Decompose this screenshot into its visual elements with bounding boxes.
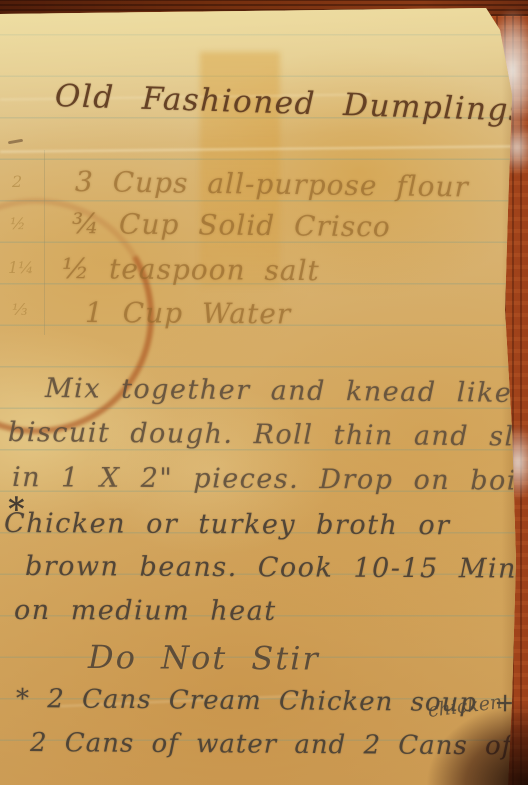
ingredient-line: 3 Cups all-purpose flour xyxy=(75,165,469,203)
margin-note: 2 xyxy=(12,172,22,191)
instruction-line: Mix together and knead like xyxy=(45,373,513,409)
instruction-line: in 1 X 2" pieces. Drop on boiling xyxy=(12,462,528,497)
instruction-line: biscuit dough. Roll thin and slice xyxy=(8,417,528,453)
instruction-line: on medium heat xyxy=(14,595,277,627)
photo-recipe-card: Old Fashioned Dumplings 2 ½ 1¼ ⅓ 3 Cups … xyxy=(0,0,528,785)
margin-note: ½ xyxy=(10,214,26,233)
do-not-stir-note: Do Not Stir xyxy=(88,638,320,678)
ingredient-line: ¾ Cup Solid Crisco xyxy=(72,207,391,243)
table-edge-shadow xyxy=(378,655,528,785)
ingredient-line: ½ teaspoon salt xyxy=(62,252,320,287)
instruction-line: Chicken or turkey broth or xyxy=(4,508,451,541)
ingredient-line: 1 Cup Water xyxy=(85,296,291,330)
margin-note: ⅓ xyxy=(12,300,28,319)
margin-note: 1¼ xyxy=(8,258,34,277)
instruction-line: brown beans. Cook 10-15 Min. xyxy=(25,551,527,585)
ledger-margin-line xyxy=(44,150,45,335)
